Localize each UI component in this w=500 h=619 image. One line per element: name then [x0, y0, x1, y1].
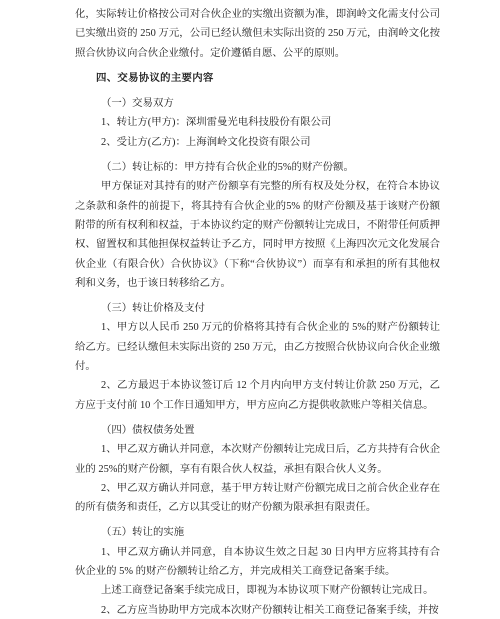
para-debt-1: 1、甲乙双方确认并同意，本次财产份额转让完成日后，乙方共持有合伙企业的 25%的… — [75, 440, 440, 479]
para-debt-2: 2、甲乙双方确认并同意，基于甲方转让财产份额完成日之前合伙企业存在的所有债务和责… — [75, 479, 440, 518]
para-continuation: 化，实际转让价格按公司对合伙企业的实缴出资额为准，即润岭文化需支付公司已实缴出资… — [75, 5, 440, 63]
para-impl-3: 2、乙方应当协助甲方完成本次财产份额转让相关工商登记备案手续，并按 — [75, 601, 440, 619]
subheading-3-price: （三）转让价格及支付 — [75, 299, 440, 318]
para-warranty: 甲方保证对其持有的财产份额享有完整的所有权及处分权，在符合本协议之条款和条件的前… — [75, 177, 440, 293]
document-body: 化，实际转让价格按公司对合伙企业的实缴出资额为准，即润岭文化需支付公司已实缴出资… — [0, 0, 500, 619]
document-page: 化，实际转让价格按公司对合伙企业的实缴出资额为准，即润岭文化需支付公司已实缴出资… — [0, 0, 500, 619]
subheading-5-implementation: （五）转让的实施 — [75, 523, 440, 542]
para-impl-2: 上述工商登记备案手续完成日，即视为本协议项下财产份额转让完成日。 — [75, 581, 440, 600]
para-price-2: 2、乙方最迟于本协议签订后 12 个月内向甲方支付转让价款 250 万元，乙方应… — [75, 376, 440, 415]
heading-section-4: 四、交易协议的主要内容 — [75, 69, 440, 88]
item-transferor: 1、转让方(甲方)：深圳雷曼光电科技股份有限公司 — [75, 113, 440, 132]
item-transferee: 2、受让方(乙方)：上海润岭文化投资有限公司 — [75, 133, 440, 152]
para-impl-1: 1、甲乙双方确认并同意，自本协议生效之日起 30 日内甲方应将其持有合伙企业的 … — [75, 543, 440, 582]
subheading-1-parties: （一）交易双方 — [75, 94, 440, 113]
subheading-2-subject: （二）转让标的：甲方持有合伙企业的5%的财产份额。 — [75, 158, 440, 177]
para-price-1: 1、甲方以人民币 250 万元的价格将其持有合伙企业的 5%的财产份额转让给乙方… — [75, 318, 440, 376]
subheading-4-debts: （四）债权债务处置 — [75, 421, 440, 440]
